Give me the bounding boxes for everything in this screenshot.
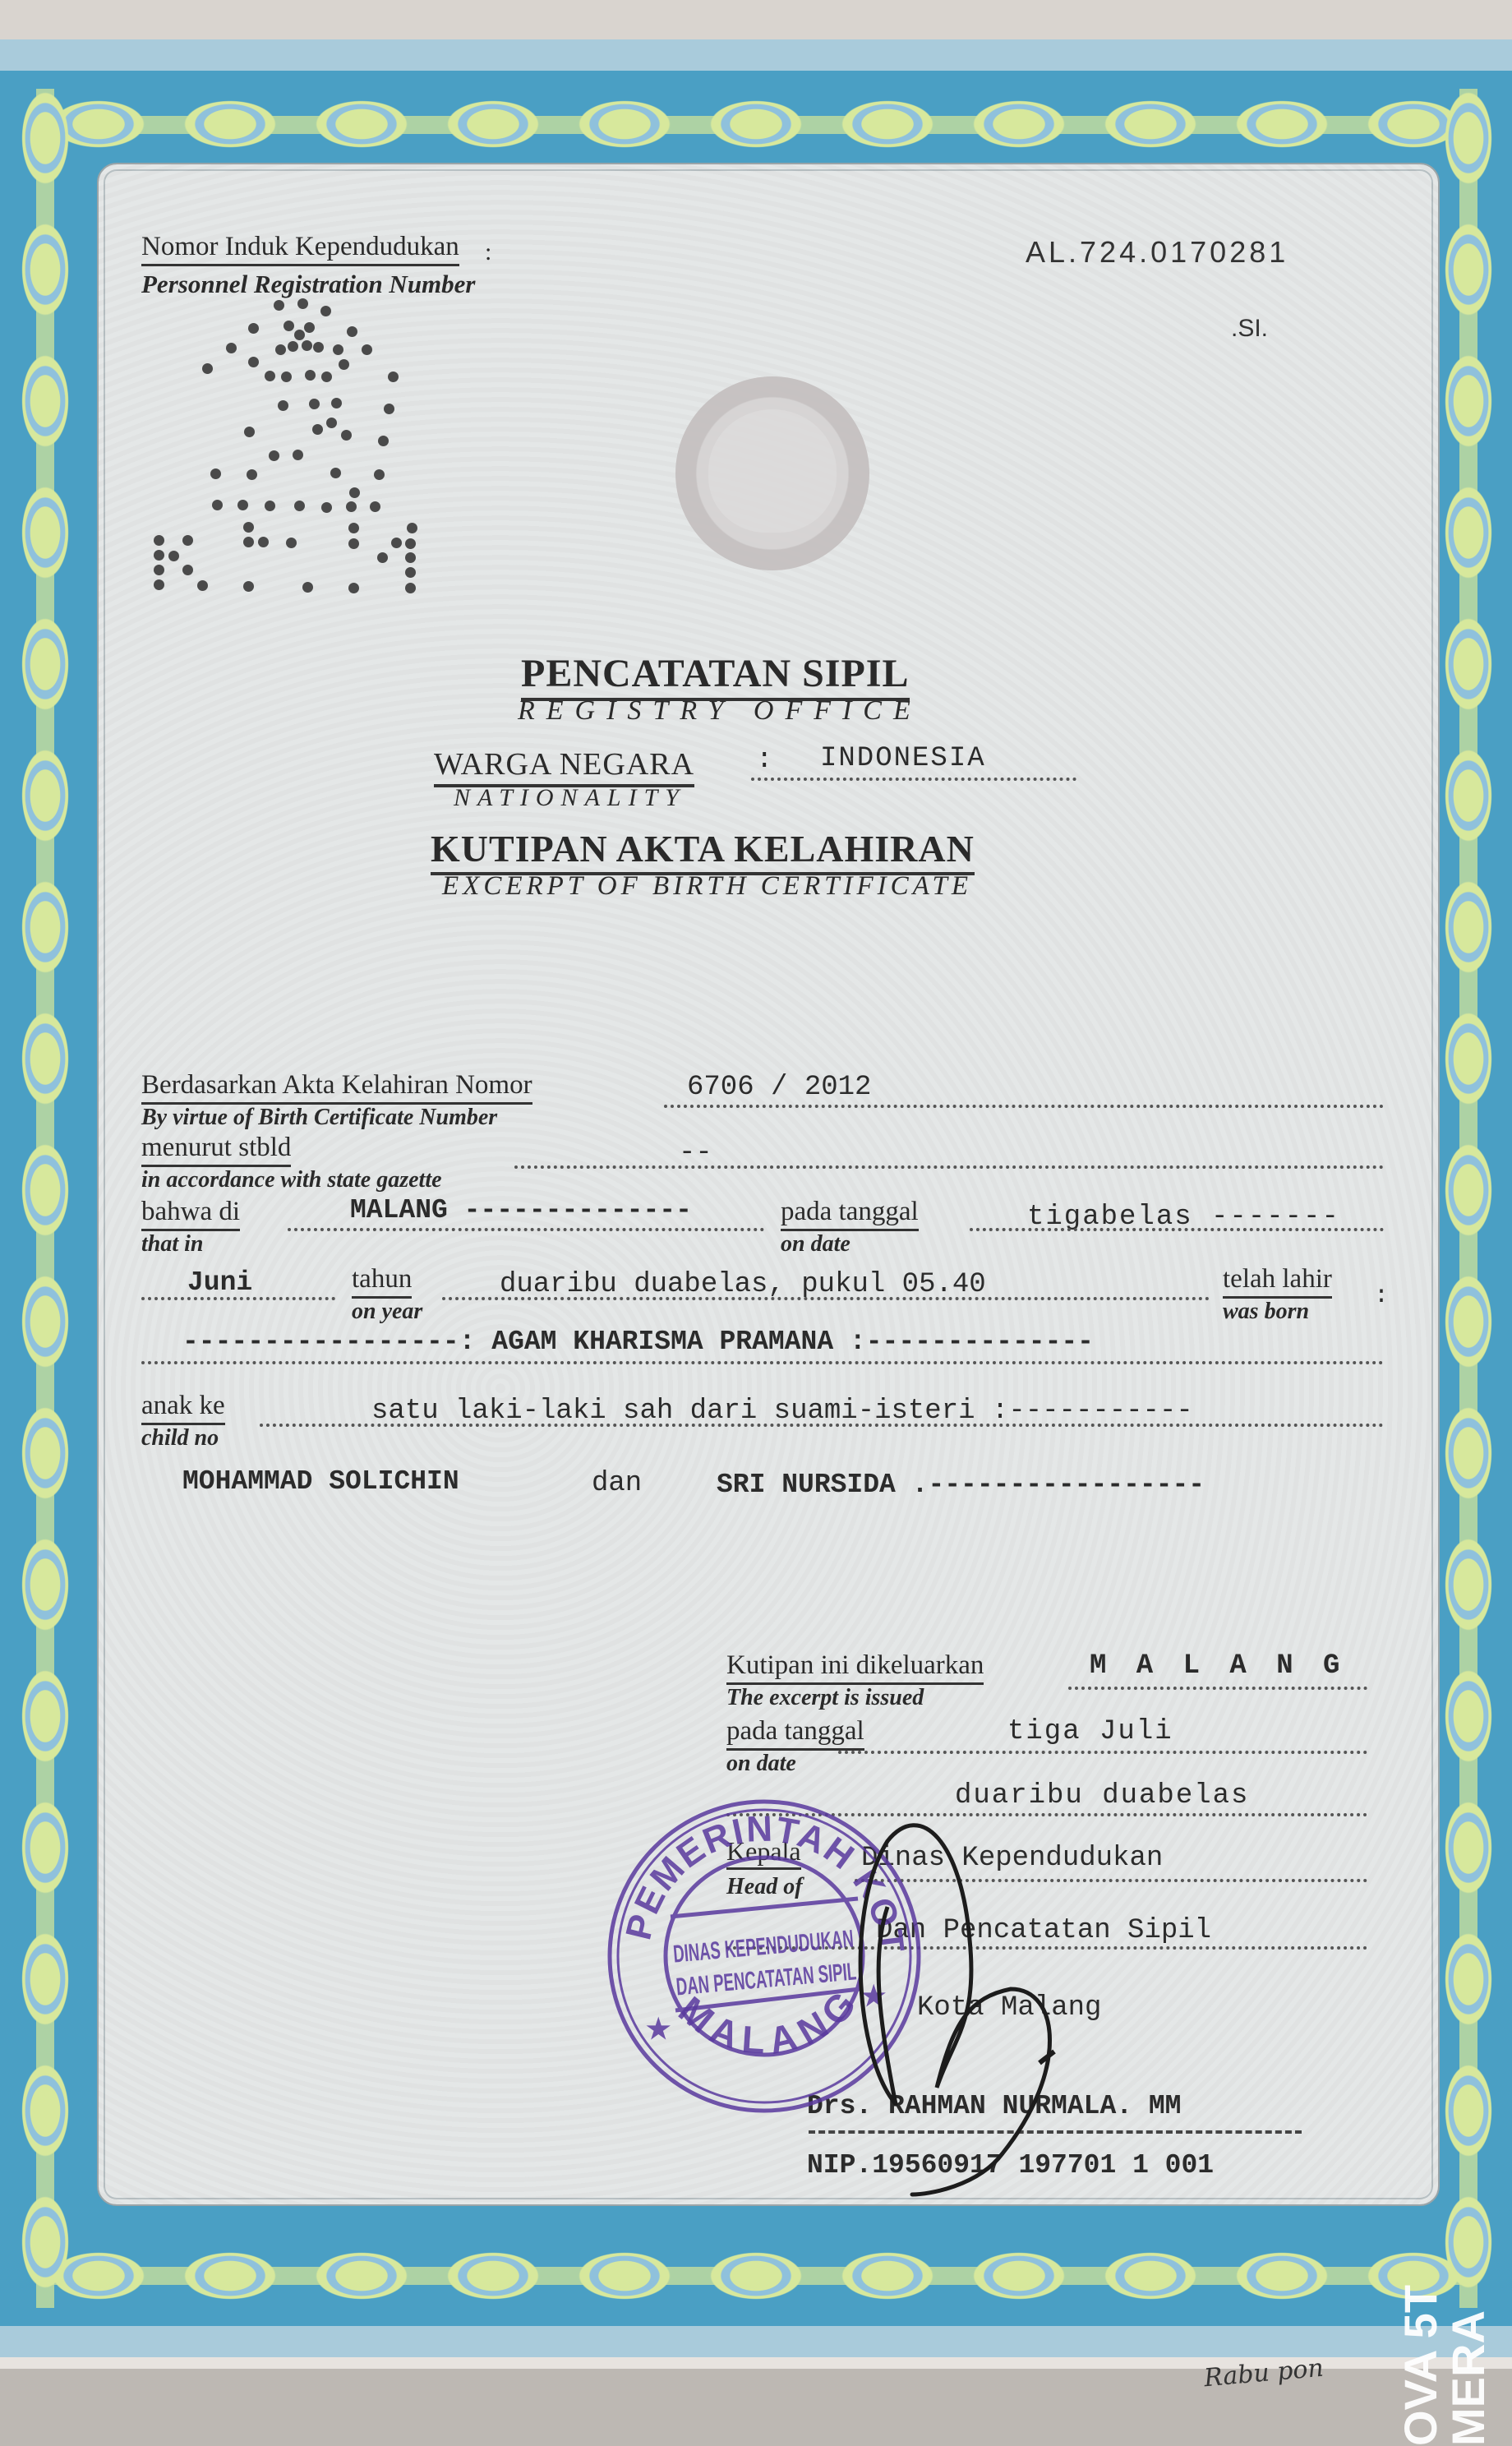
perforation-dot [269,450,279,461]
nationality-value: INDONESIA [820,743,986,774]
perforation-dot [182,565,193,575]
cert-number-value: 6706 / 2012 [687,1073,871,1101]
stbld-label: menurut stbld [141,1134,291,1167]
perforation-dot [237,500,248,510]
perforation-dot [349,487,360,498]
perforation-dot [283,321,294,331]
child-order-label: anak ke [141,1392,225,1425]
perforation-dot [320,306,331,316]
perforation-dot [370,501,380,512]
dotted-line [141,1297,335,1300]
nationality-label-en: NATIONALITY [454,784,686,812]
issued-label: Kutipan ini dikeluarkan [726,1652,984,1685]
perforation-dot [302,340,312,351]
issued-date-label-en: on date [726,1752,796,1775]
perforation-dot [243,581,254,592]
year-label: tahun [352,1266,412,1299]
perforation-dot [168,551,179,561]
perforation-dot [297,298,308,309]
perforation-dot [388,372,399,382]
office-title: PENCATATAN SIPIL [521,651,910,701]
perforation-dot [377,552,388,563]
perforation-dot [243,522,254,533]
perforation-dot [313,342,324,353]
dotted-line [970,1228,1384,1231]
perforation-dot [321,372,332,382]
serial-number: AL.724.0170281 [1026,235,1288,270]
perforation-dot [405,583,416,593]
date-label-en: on date [781,1233,850,1256]
perforation-dot [302,582,313,593]
perforation-dot [339,359,349,370]
serial-suffix: .SI. [1231,315,1268,343]
office-title-en: REGISTRY OFFICE [518,695,922,727]
border-ornament-left [8,72,82,2324]
issued-place-value: M A L A N G [1090,1652,1346,1680]
perforation-dot [304,322,315,333]
birth-year-time-value: duaribu duabelas, pukul 05.40 [500,1271,986,1299]
cert-number-label: Berdasarkan Akta Kelahiran Nomor [141,1072,532,1105]
perforation-dot [405,552,416,563]
birth-date-value: tigabelas ------- [1027,1203,1340,1231]
perforation-dot [286,538,297,548]
born-label: telah lahir [1223,1266,1332,1299]
nationality-label: WARGA NEGARA [434,746,694,787]
perforation-dot [312,424,323,435]
perforation-dot [288,341,298,352]
perforation-dot [309,399,320,409]
perforation-dot [348,583,359,593]
border-edge-top [0,39,1512,71]
issued-label-en: The excerpt is issued [726,1687,924,1710]
perforation-dot [341,430,352,441]
born-colon: : [1374,1282,1389,1310]
perforation-dot [247,469,257,480]
perforation-dot [202,363,213,374]
perforation-dot [305,370,316,381]
perforation-dot [265,501,275,511]
perforation-dot [258,537,269,547]
dotted-line [442,1297,1210,1300]
birth-place-value: MALANG -------------- [350,1197,692,1224]
year-label-en: on year [352,1300,422,1323]
perforation-dot [154,535,164,546]
father-name: MOHAMMAD SOLICHIN [182,1468,459,1495]
perforation-dot [407,523,417,533]
perforation-dot [294,501,305,511]
border-edge-bottom [0,2326,1512,2357]
svg-text:★: ★ [646,2014,671,2045]
mother-name: SRI NURSIDA .----------------- [717,1471,1205,1498]
perforation-dot [348,538,359,549]
dotted-line [664,1105,1384,1108]
nik-label: Nomor Induk Kependudukan [141,233,459,266]
perforation-dot [197,580,208,591]
perforation-dot [182,535,193,546]
perforation-dot [378,436,389,446]
perforation-dot [326,418,337,428]
dotted-line [751,778,1076,781]
born-label-en: was born [1223,1300,1309,1323]
date-label: pada tanggal [781,1198,919,1231]
perforation-dot [212,500,223,510]
perforation-dot [278,400,288,411]
handwritten-signature [789,1808,1134,2203]
perforation-dot [362,344,372,355]
perforation-dot [330,468,341,478]
perforation-dot [154,565,164,575]
dotted-line [514,1165,1384,1169]
perforation-dot [210,468,221,479]
perforation-dot [226,343,237,353]
border-ornament-right [1431,72,1505,2324]
perforation-dot [405,567,416,578]
child-order-value: satu laki-laki sah dari suami-isteri :--… [371,1397,1193,1425]
dotted-line [141,1361,1384,1364]
perforation-dot [248,323,259,334]
place-label: bahwa di [141,1198,240,1231]
perforation-dot [405,538,416,549]
document-title: KUTIPAN AKTA KELAHIRAN [431,827,975,875]
svg-text:OVA 5T: OVA 5T [1394,2285,1446,2446]
perforation-dot [347,326,357,337]
nik-label-en: Personnel Registration Number [141,271,476,297]
parents-conjunction: dan [592,1470,642,1498]
camera-watermark: OVA 5T MERA [1387,2268,1494,2446]
birth-month-value: Juni [187,1269,252,1296]
embossed-seal-garuda-icon [675,376,869,570]
perforation-dot [346,501,357,512]
perforation-dot [293,450,303,460]
dotted-line [288,1228,764,1231]
perforation-dot [294,330,305,340]
perforation-dot [265,371,275,381]
issued-date-label: pada tanggal [726,1718,864,1751]
perforation-dot [348,523,359,533]
perforation-dot [331,398,342,408]
document-title-en: EXCERPT OF BIRTH CERTIFICATE [442,871,972,902]
stbld-value: -- [679,1139,712,1167]
perforation-dot [281,372,292,382]
dotted-line [260,1424,1384,1427]
child-order-label-en: child no [141,1427,219,1450]
perforation-dot [374,469,385,480]
nationality-colon: : [756,745,772,776]
border-ornament-top [33,87,1479,161]
issued-date-value: tiga Juli [1007,1718,1173,1746]
perforation-dot [333,344,343,355]
perforation-dot [243,537,254,547]
perforation-dot [275,344,286,355]
issued-year-value: duaribu duabelas [955,1782,1249,1810]
perforation-dot [154,579,164,590]
perforation-dot [391,538,402,548]
perforation-dot [154,550,164,561]
perforation-dot [321,502,332,513]
border-ornament-bottom [33,2239,1479,2313]
nik-colon: : [485,240,491,265]
place-label-en: that in [141,1233,203,1256]
perforation-dot [244,427,255,437]
svg-text:MERA: MERA [1442,2310,1494,2446]
perforation-dot [384,404,394,414]
perforation-dot [274,300,284,311]
child-name: -----------------: AGAM KHARISMA PRAMANA… [182,1328,1094,1355]
cert-number-label-en: By virtue of Birth Certificate Number [141,1106,497,1129]
dotted-line [1068,1687,1367,1690]
stbld-label-en: in accordance with state gazette [141,1169,442,1192]
dotted-line [838,1751,1367,1754]
perforation-dot [248,357,259,367]
